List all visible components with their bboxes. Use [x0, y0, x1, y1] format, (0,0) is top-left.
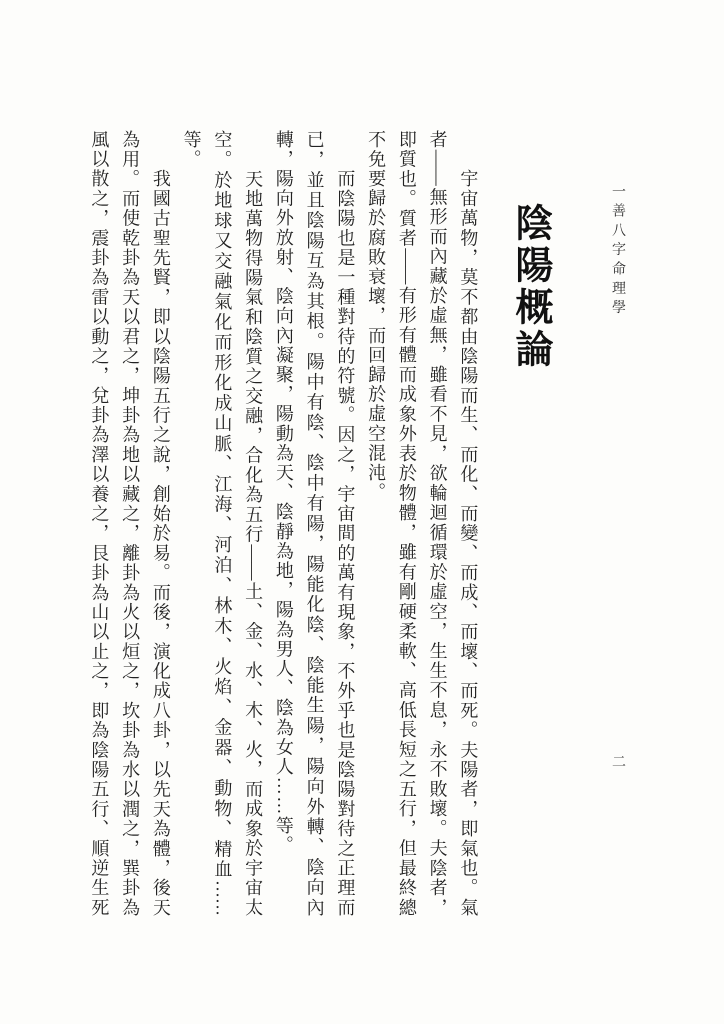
text-column-10: 等。	[176, 130, 207, 916]
text-column-11: 我國古聖先賢，即以陰陽五行之說，創始於易。而後，演化成八卦，以先天為體，後天	[145, 130, 176, 916]
book-title-header: 一善八字命理學	[607, 184, 627, 319]
text-column-4: 不免要歸於腐敗衰壞，而回歸於虛空混沌。	[360, 130, 391, 916]
text-column-13: 風以散之，震卦為雷以動之，兌卦為澤以養之，艮卦為山以止之，即為陰陽五行、順逆生死	[84, 130, 115, 916]
book-page: 一善八字命理學 陰陽概論 二 宇宙萬物，莫不都由陰陽而生、而化、而變、而成、而壞…	[0, 0, 724, 1024]
text-column-1: 宇宙萬物，莫不都由陰陽而生、而化、而變、而成、而壞、而死。夫陽者，即氣也。氣	[453, 130, 484, 916]
text-column-6: 已，並且陰陽互為其根。陽中有陰、陰中有陽，陽能化陰、陰能生陽，陽向外轉、陰向內	[299, 130, 330, 916]
text-column-2: 者——無形而內藏於虛無，雖看不見，欲輪迴循環於虛空，生生不息，永不敗壞。夫陰者，	[422, 130, 453, 916]
text-column-12: 為用。而使乾卦為天以君之，坤卦為地以藏之，離卦為火以烜之，坎卦為水以潤之，巽卦為	[114, 130, 145, 916]
text-column-7: 轉，陽向外放射、陰向內凝聚，陽動為天、陰靜為地，陽為男人、陰為女人……等。	[268, 130, 299, 916]
chapter-title: 陰陽概論	[508, 203, 552, 371]
page-number: 二	[607, 754, 627, 768]
text-column-3: 即質也。質者——有形有體而成象外表於物體，雖有剛硬柔軟、高低長短之五行，但最終總	[391, 130, 422, 916]
text-column-9: 空。於地球又交融氣化而形化成山脈、江海、河泊、林木、火焰、金器、動物、精血……	[207, 130, 238, 916]
text-column-8: 天地萬物得陽氣和陰質之交融，合化為五行——土、金、水、木、火，而成象於宇宙太	[237, 130, 268, 916]
text-column-5: 而陰陽也是一種對待的符號。因之，宇宙間的萬有現象，不外乎也是陰陽對待之正理而	[330, 130, 361, 916]
